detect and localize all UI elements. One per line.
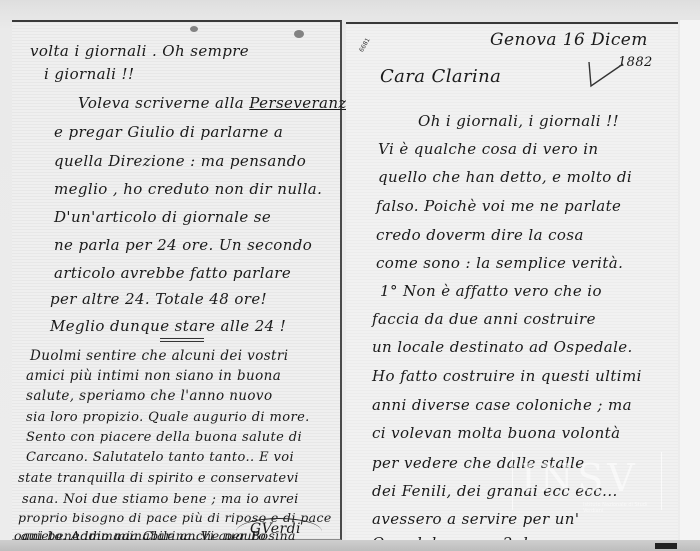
left-line-3: Voleva scriverne alla Perseveranza (78, 96, 356, 111)
left-line-2: i giornali !! (44, 67, 134, 82)
right-line-15: avessero a servire per un' (372, 512, 579, 527)
section-divider (160, 338, 204, 342)
right-line-10: Ho fatto costruire in questi ultimi (372, 369, 642, 384)
scanned-letter: volta i giornali . Oh sempre i giornali … (0, 0, 700, 551)
right-line-1: Oh i giornali, i giornali !! (418, 114, 619, 129)
checkmark-icon (585, 60, 625, 90)
corner-mark (655, 543, 677, 549)
left-line-14: salute, speriamo che l'anno nuovo (26, 390, 272, 404)
left-line-12: Duolmi sentire che alcuni dei vostri (30, 350, 288, 364)
left-line-13: amici più intimi non siano in buona (26, 370, 281, 384)
left-page: volta i giornali . Oh sempre i giornali … (12, 20, 342, 540)
left-line-15: sia loro propizio. Quale augurio di more… (26, 411, 310, 424)
scan-bottom-edge (0, 540, 700, 551)
right-line-2: Vi è qualche cosa di vero in (378, 142, 598, 157)
left-line-17: Carcano. Salutatelo tanto tanto.. E voi (26, 451, 294, 464)
right-line-5: credo doverm dire la cosa (376, 228, 584, 243)
left-line-4: e pregar Giulio di parlarne a (54, 125, 283, 140)
right-line-11: anni diverse case coloniche ; ma (372, 398, 632, 413)
right-line-6: come sono : la semplice verità. (376, 256, 623, 271)
left-line-19: sana. Noi due stiamo bene ; ma io avrei (22, 493, 299, 506)
left-line-10: per altre 24. Totale 48 ore! (50, 292, 267, 307)
signature: GVerdi (250, 522, 301, 536)
left-line-8: ne parla per 24 ore. Un secondo (54, 238, 312, 253)
left-line-6: meglio , ho creduto non dir nulla. (54, 182, 322, 197)
left-line-5: quella Direzione : ma pensando (54, 154, 306, 169)
perseveranza-underlined: Perseveranza (249, 94, 356, 112)
watermark-text: INSV (521, 456, 639, 500)
right-line-4: falso. Poichè voi me ne parlate (376, 199, 621, 214)
dateline: Genova 16 Dicem (490, 32, 648, 49)
left-line-7: D'un'articolo di giornale se (54, 210, 271, 225)
salutation: Cara Clarina (380, 68, 501, 86)
paper-edge (680, 20, 700, 551)
right-line-9: un locale destinato ad Ospedale. (372, 340, 633, 355)
right-line-12: ci volevan molta buona volontà (372, 426, 620, 441)
left-line-3-text: Voleva scriverne alla (78, 94, 249, 112)
left-line-9: articolo avrebbe fatto parlare (54, 266, 291, 281)
right-line-8: faccia da due anni costruire (372, 312, 596, 327)
watermark: INSV Istituto Nazionale di Studi Verdian… (512, 452, 662, 510)
left-line-1: volta i giornali . Oh sempre (30, 44, 249, 59)
watermark-subtext: Istituto Nazionale di Studi Verdiani (583, 502, 661, 514)
left-line-16: Sento con piacere della buona salute di (26, 431, 302, 444)
ink-smudge (294, 30, 304, 38)
left-line-18: state tranquilla di spirito e conservate… (18, 472, 299, 485)
left-line-11: Meglio dunque stare alle 24 ! (50, 319, 286, 334)
right-line-3: quello che han detto, e molto di (378, 170, 632, 185)
right-line-7: 1° Non è affatto vero che io (380, 284, 602, 299)
ink-smudge (190, 26, 198, 32)
